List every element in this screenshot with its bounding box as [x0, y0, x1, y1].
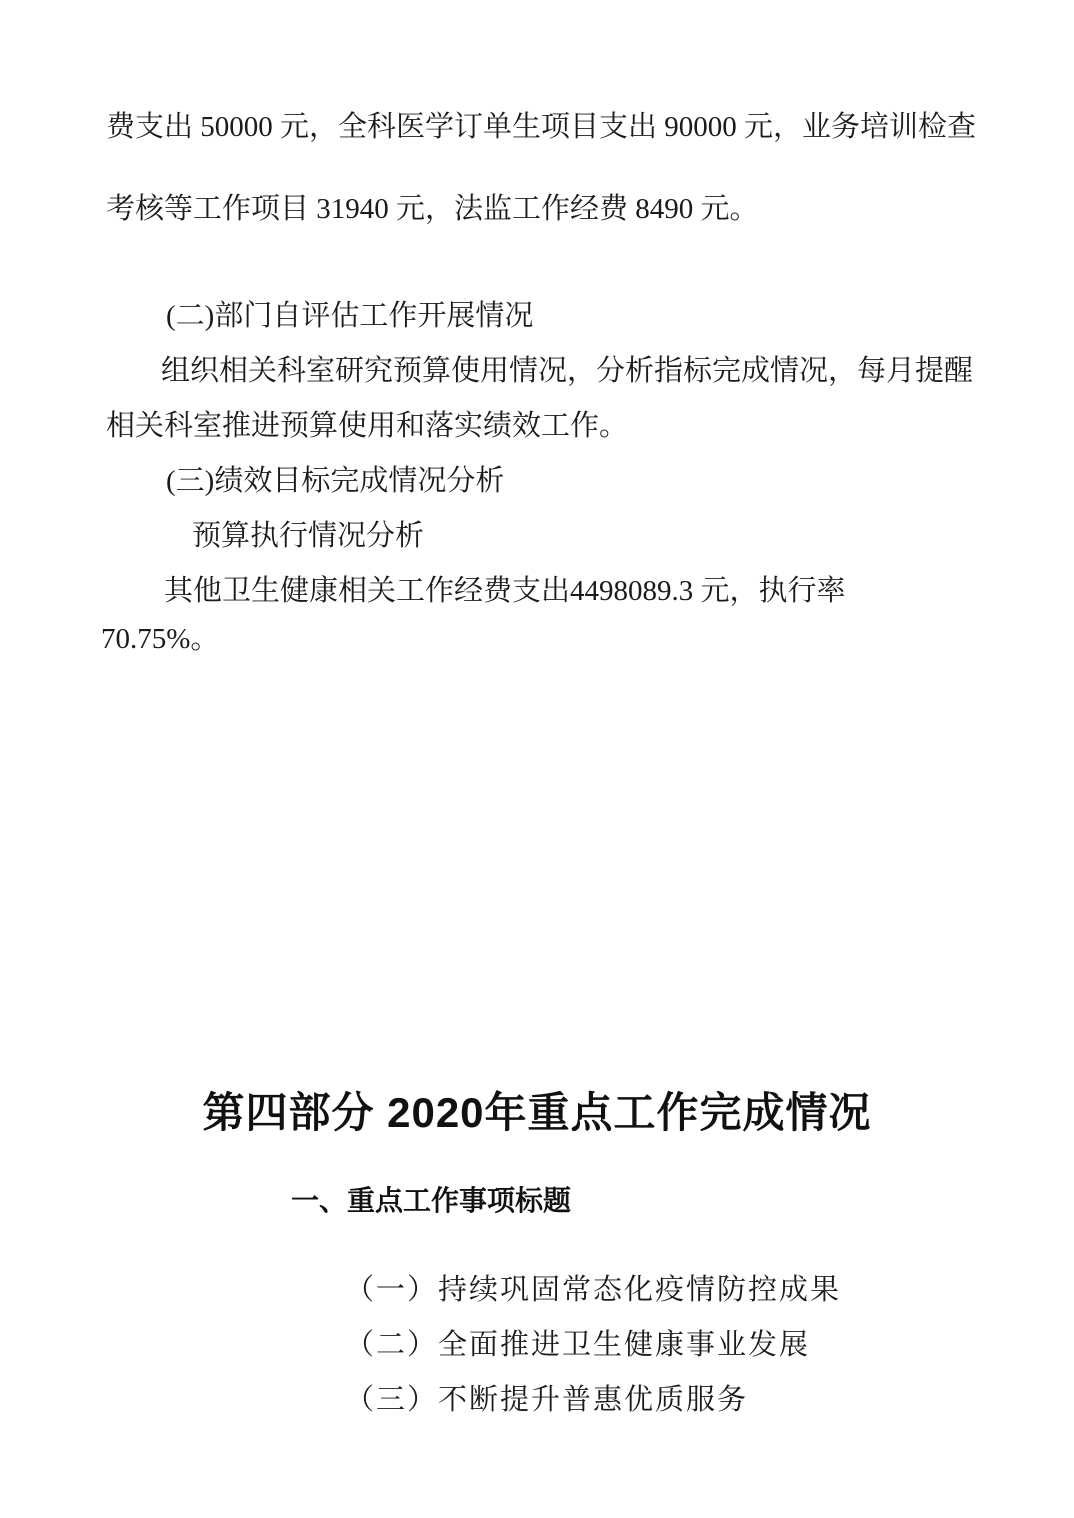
document-page: 费支出 50000 元，全科医学订单生项目支出 90000 元，业务培训检查 考…: [0, 0, 1074, 1518]
section-heading-2: (二)部门自评估工作开展情况: [166, 299, 533, 334]
section2-body-line: 相关科室推进预算使用和落实绩效工作。: [106, 409, 628, 444]
key-work-item-1: （一）持续巩固常态化疫情防控成果: [345, 1273, 841, 1308]
section3-body-line: 70.75%。: [101, 622, 219, 657]
paragraph-line: 费支出 50000 元，全科医学订单生项目支出 90000 元，业务培训检查: [106, 110, 976, 145]
section2-body-line: 组织相关科室研究预算使用情况，分析指标完成情况，每月提醒: [161, 354, 973, 389]
section3-subheading: 预算执行情况分析: [192, 519, 424, 554]
key-work-item-3: （三）不断提升普惠优质服务: [345, 1383, 748, 1418]
key-work-item-2: （二）全面推进卫生健康事业发展: [345, 1328, 810, 1363]
section3-body-line: 其他卫生健康相关工作经费支出4498089.3 元，执行率: [164, 574, 846, 609]
paragraph-line: 考核等工作项目 31940 元，法监工作经费 8490 元。: [106, 192, 759, 227]
part4-section-heading: 一、重点工作事项标题: [291, 1184, 571, 1218]
part4-title: 第四部分 2020年重点工作完成情况: [0, 1088, 1074, 1138]
section-heading-3: (三)绩效目标完成情况分析: [166, 464, 504, 499]
